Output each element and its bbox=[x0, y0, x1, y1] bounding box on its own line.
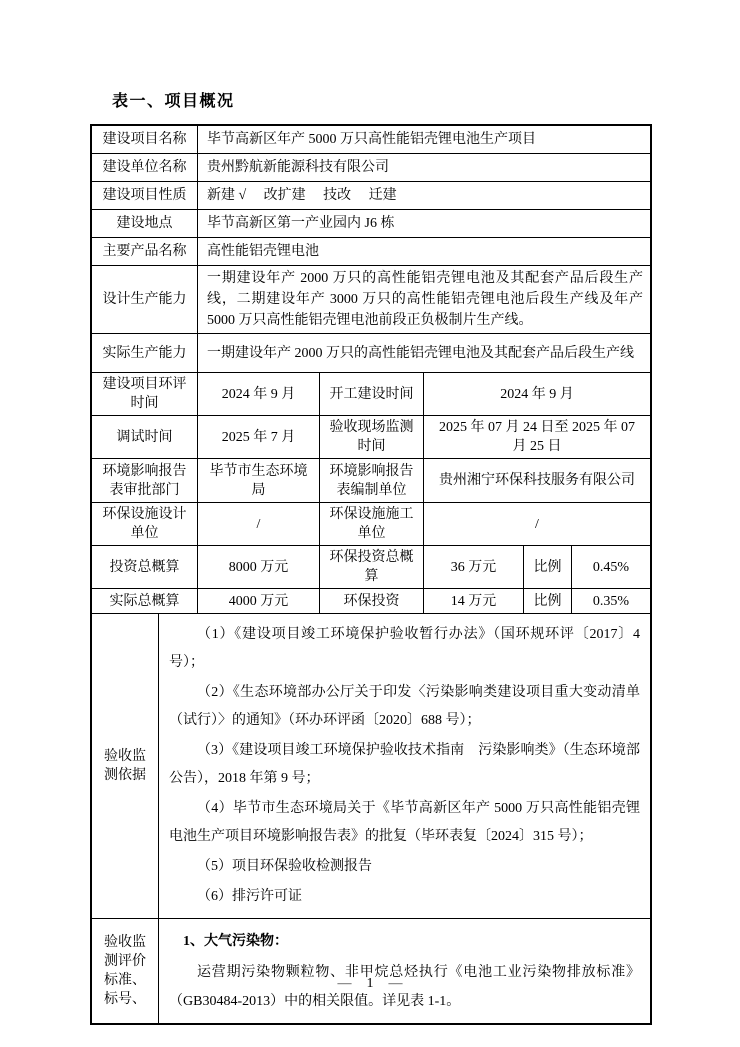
monitoring-basis-content: （1）《建设项目竣工环境保护验收暂行办法》（国环规环评〔2017〕4 号）； （… bbox=[159, 614, 650, 918]
evaluation-standard-label: 验收监测评价标准、标号、 bbox=[92, 919, 159, 1023]
table-row-total-investment: 投资总概算 8000 万元 环保投资总概算 36 万元 比例 0.45% bbox=[92, 546, 650, 589]
eia-time-label: 建设项目环评时间 bbox=[92, 373, 198, 415]
project-name-label: 建设项目名称 bbox=[92, 126, 198, 153]
table-row-eia-approval: 环境影响报告表审批部门 毕节市生态环境局 环境影响报告表编制单位 贵州湘宁环保科… bbox=[92, 459, 650, 503]
env-design-unit-value: / bbox=[198, 503, 320, 545]
table-row-project-name: 建设项目名称 毕节高新区年产 5000 万只高性能铝壳锂电池生产项目 bbox=[92, 126, 650, 154]
env-investment-value: 14 万元 bbox=[424, 589, 524, 613]
page-number: — 1 — bbox=[0, 976, 740, 992]
main-product-label: 主要产品名称 bbox=[92, 238, 198, 265]
env-construction-unit-label: 环保设施施工单位 bbox=[320, 503, 424, 545]
project-overview-table: 建设项目名称 毕节高新区年产 5000 万只高性能铝壳锂电池生产项目 建设单位名… bbox=[90, 124, 652, 1025]
actual-capacity-label: 实际生产能力 bbox=[92, 334, 198, 372]
table-row-env-design: 环保设施设计单位 / 环保设施施工单位 / bbox=[92, 503, 650, 546]
table-row-evaluation-standard: 验收监测评价标准、标号、 1、大气污染物： 运营期污染物颗粒物、非甲烷总烃执行《… bbox=[92, 919, 650, 1023]
total-investment-value: 8000 万元 bbox=[198, 546, 320, 588]
table-row-main-product: 主要产品名称 高性能铝壳锂电池 bbox=[92, 238, 650, 266]
page-number-dash-right: — bbox=[389, 976, 403, 992]
document-page: 表一、项目概况 建设项目名称 毕节高新区年产 5000 万只高性能铝壳锂电池生产… bbox=[0, 0, 740, 1047]
basis-item-6: （6）排污许可证 bbox=[169, 883, 640, 911]
main-product-value: 高性能铝壳锂电池 bbox=[198, 238, 650, 265]
env-investment-total-value: 36 万元 bbox=[424, 546, 524, 588]
basis-item-1: （1）《建设项目竣工环境保护验收暂行办法》（国环规环评〔2017〕4 号）； bbox=[169, 621, 640, 677]
construction-start-label: 开工建设时间 bbox=[320, 373, 424, 415]
actual-investment-label: 实际总概算 bbox=[92, 589, 198, 613]
table-row-company-name: 建设单位名称 贵州黔航新能源科技有限公司 bbox=[92, 154, 650, 182]
total-ratio-value: 0.45% bbox=[572, 546, 650, 588]
table-row-debug-time: 调试时间 2025 年 7 月 验收现场监测时间 2025 年 07 月 24 … bbox=[92, 416, 650, 459]
actual-capacity-value: 一期建设年产 2000 万只的高性能铝壳锂电池及其配套产品后段生产线 bbox=[198, 334, 650, 372]
site-monitoring-time-label: 验收现场监测时间 bbox=[320, 416, 424, 458]
actual-ratio-value: 0.35% bbox=[572, 589, 650, 613]
site-monitoring-time-value: 2025 年 07 月 24 日至 2025 年 07 月 25 日 bbox=[424, 416, 650, 458]
table-row-project-nature: 建设项目性质 新建 √ 改扩建 技改 迁建 bbox=[92, 182, 650, 210]
basis-item-3: （3）《建设项目竣工环境保护验收技术指南 污染影响类》（生态环境部公告），201… bbox=[169, 737, 640, 793]
location-label: 建设地点 bbox=[92, 210, 198, 237]
construction-start-value: 2024 年 9 月 bbox=[424, 373, 650, 415]
eia-compiler-label: 环境影响报告表编制单位 bbox=[320, 459, 424, 502]
monitoring-basis-label: 验收监测依据 bbox=[92, 614, 159, 918]
eia-approval-dept-value: 毕节市生态环境局 bbox=[198, 459, 320, 502]
design-capacity-label: 设计生产能力 bbox=[92, 266, 198, 333]
page-number-dash-left: — bbox=[338, 976, 352, 992]
table-row-eia-time: 建设项目环评时间 2024 年 9 月 开工建设时间 2024 年 9 月 bbox=[92, 373, 650, 416]
total-ratio-label: 比例 bbox=[524, 546, 572, 588]
basis-item-2: （2）《生态环境部办公厅关于印发〈污染影响类建设项目重大变动清单（试行）〉的通知… bbox=[169, 679, 640, 735]
env-construction-unit-value: / bbox=[424, 503, 650, 545]
project-name-value: 毕节高新区年产 5000 万只高性能铝壳锂电池生产项目 bbox=[198, 126, 650, 153]
eia-approval-dept-label: 环境影响报告表审批部门 bbox=[92, 459, 198, 502]
table-row-monitoring-basis: 验收监测依据 （1）《建设项目竣工环境保护验收暂行办法》（国环规环评〔2017〕… bbox=[92, 614, 650, 919]
basis-item-4: （4）毕节市生态环境局关于《毕节高新区年产 5000 万只高性能铝壳锂电池生产项… bbox=[169, 795, 640, 851]
env-design-unit-label: 环保设施设计单位 bbox=[92, 503, 198, 545]
total-investment-label: 投资总概算 bbox=[92, 546, 198, 588]
debug-time-value: 2025 年 7 月 bbox=[198, 416, 320, 458]
table-row-location: 建设地点 毕节高新区第一产业园内 J6 栋 bbox=[92, 210, 650, 238]
eia-compiler-value: 贵州湘宁环保科技服务有限公司 bbox=[424, 459, 650, 502]
design-capacity-value: 一期建设年产 2000 万只的高性能铝壳锂电池及其配套产品后段生产线，二期建设年… bbox=[198, 266, 650, 333]
env-investment-label: 环保投资 bbox=[320, 589, 424, 613]
table-row-actual-capacity: 实际生产能力 一期建设年产 2000 万只的高性能铝壳锂电池及其配套产品后段生产… bbox=[92, 334, 650, 373]
actual-ratio-label: 比例 bbox=[524, 589, 572, 613]
debug-time-label: 调试时间 bbox=[92, 416, 198, 458]
project-nature-label: 建设项目性质 bbox=[92, 182, 198, 209]
project-nature-value: 新建 √ 改扩建 技改 迁建 bbox=[198, 182, 650, 209]
air-pollutant-heading: 1、大气污染物： bbox=[169, 928, 640, 956]
table-row-design-capacity: 设计生产能力 一期建设年产 2000 万只的高性能铝壳锂电池及其配套产品后段生产… bbox=[92, 266, 650, 334]
env-investment-total-label: 环保投资总概算 bbox=[320, 546, 424, 588]
company-name-label: 建设单位名称 bbox=[92, 154, 198, 181]
actual-investment-value: 4000 万元 bbox=[198, 589, 320, 613]
table-row-actual-investment: 实际总概算 4000 万元 环保投资 14 万元 比例 0.35% bbox=[92, 589, 650, 614]
basis-item-5: （5）项目环保验收检测报告 bbox=[169, 853, 640, 881]
evaluation-standard-content: 1、大气污染物： 运营期污染物颗粒物、非甲烷总烃执行《电池工业污染物排放标准》（… bbox=[159, 919, 650, 1023]
company-name-value: 贵州黔航新能源科技有限公司 bbox=[198, 154, 650, 181]
page-title: 表一、项目概况 bbox=[112, 88, 235, 111]
page-number-value: 1 bbox=[367, 976, 374, 992]
location-value: 毕节高新区第一产业园内 J6 栋 bbox=[198, 210, 650, 237]
eia-time-value: 2024 年 9 月 bbox=[198, 373, 320, 415]
